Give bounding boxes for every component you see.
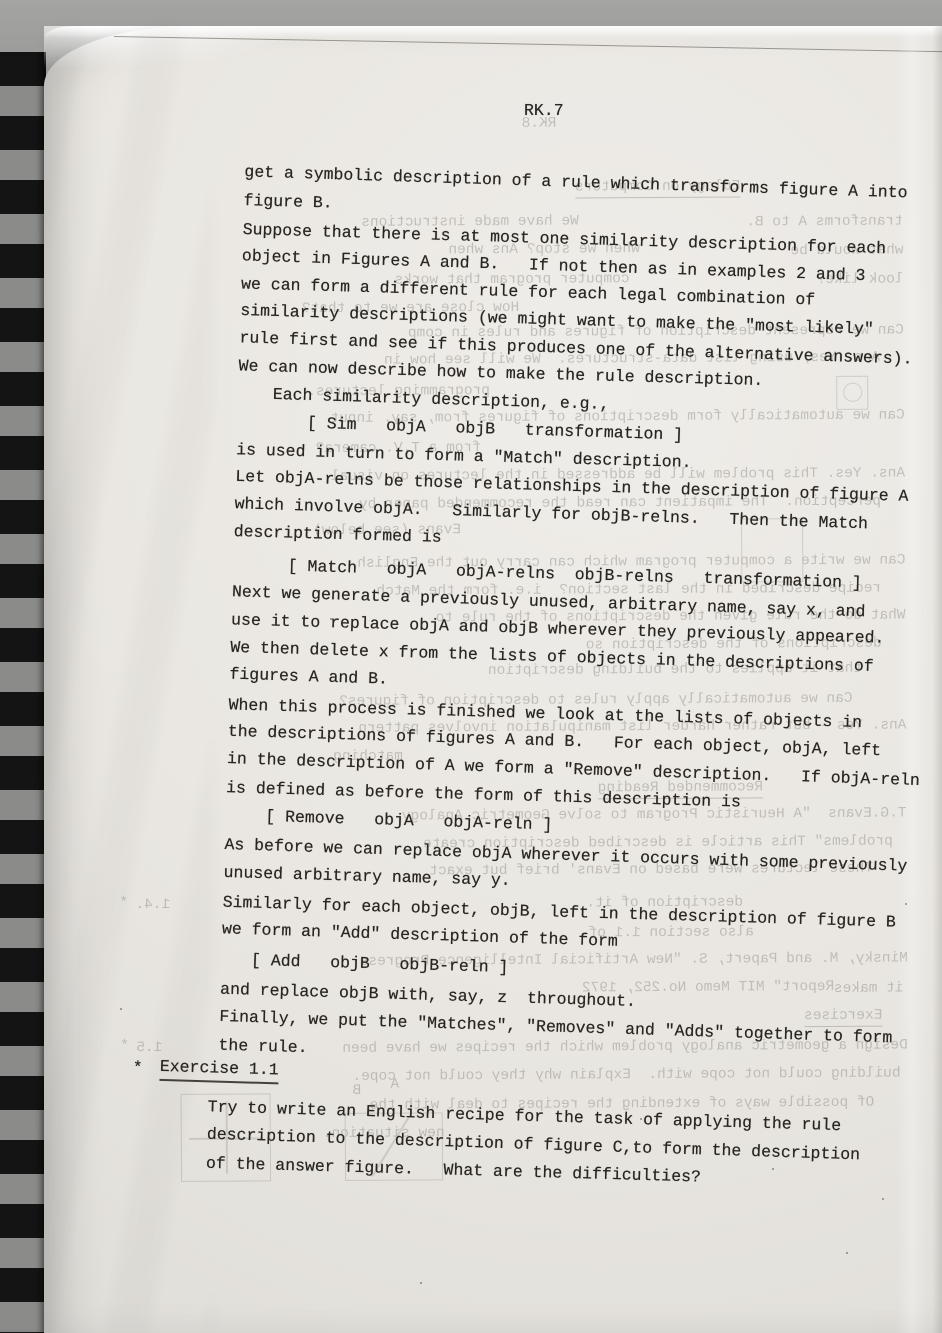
typed-line: Each similarity description, e.g., xyxy=(273,385,610,414)
paper-speck xyxy=(772,1168,774,1170)
typed-line: is used in turn to form a "Match" descri… xyxy=(236,440,692,472)
paper-speck xyxy=(330,618,332,620)
comb-binding-strip xyxy=(0,52,46,1333)
typed-line: get a symbolic description of a rule whi… xyxy=(244,162,908,202)
typed-line: [ Remove objA objA-reln ] xyxy=(265,807,553,835)
paper-speck xyxy=(905,903,907,905)
typed-line: is defined as before the form of this de… xyxy=(226,778,741,811)
typed-line: [ Add objB objB-reln ] xyxy=(251,951,509,977)
bleedthrough-line: * xyxy=(120,1038,129,1054)
page-label: RK.7 xyxy=(524,101,564,120)
paper-speck xyxy=(120,1008,122,1010)
bleedthrough-line: * xyxy=(119,895,128,911)
typed-line: we form an "Add" description of the form xyxy=(222,919,618,951)
typed-line: of the answer figure. What are the diffi… xyxy=(206,1154,701,1187)
page-curl-highlight xyxy=(44,26,324,86)
paper-speck xyxy=(640,1118,642,1120)
paper-page: RK.8Eulogy on ComputersWe have made inst… xyxy=(44,26,942,1333)
photocopy-shading xyxy=(44,26,214,1333)
paper-speck xyxy=(420,1282,422,1284)
bleedthrough-line: 1.5 xyxy=(136,1040,162,1056)
bleedthrough-line: 1.4. xyxy=(135,897,170,913)
scanned-document: { "document": { "page_label": "RK.7", "b… xyxy=(0,0,942,1333)
typed-text-layer: * Exercise 1.1 get a symbolic descriptio… xyxy=(212,153,942,1274)
typed-line: [ Sim objA objB transformation ] xyxy=(307,414,684,445)
exercise-asterisk-marker: * xyxy=(133,1058,143,1077)
typed-line: We can now describe how to make the rule… xyxy=(238,356,763,390)
typed-line: the rule. xyxy=(218,1036,308,1057)
exercise-heading: Exercise 1.1 xyxy=(159,1057,278,1085)
typed-line: figures A and B. xyxy=(229,665,388,689)
paper-speck xyxy=(882,1198,884,1200)
typed-line: and replace objB with, say, z throughout… xyxy=(220,980,636,1011)
typed-line: unused arbitrary name, say y. xyxy=(223,863,511,890)
typed-line: description formed is xyxy=(234,522,442,547)
typed-line: Finally, we put the "Matches", "Removes"… xyxy=(219,1007,893,1047)
typed-line: figure B. xyxy=(243,191,333,212)
paper-speck xyxy=(846,1252,848,1254)
